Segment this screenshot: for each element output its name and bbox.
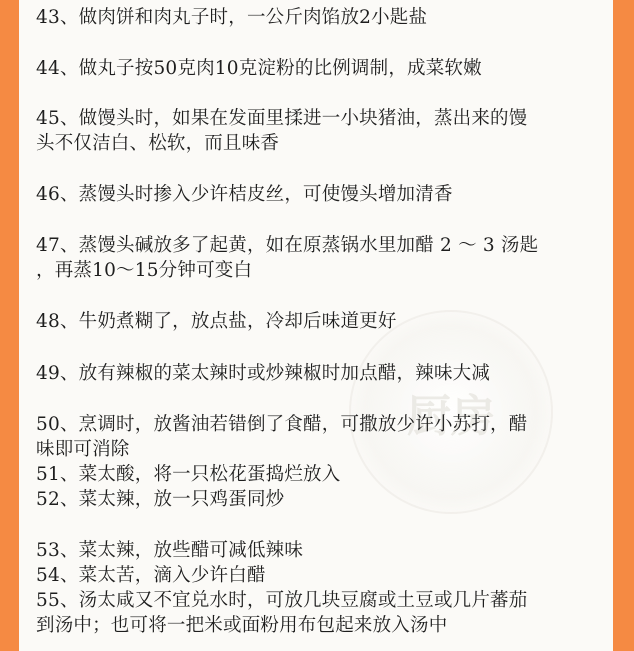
tip-54-line-1: 54、菜太苦，滴入少许白醋: [36, 563, 266, 588]
tip-53-line-1: 53、菜太辣，放些醋可减低辣味: [36, 538, 303, 563]
tip-50-line-1: 50、烹调时，放酱油若错倒了食醋，可撒放少许小苏打，醋: [36, 412, 527, 437]
right-orange-border: [613, 0, 634, 651]
tip-55-line-2: 到汤中；也可将一把米或面粉用布包起来放入汤中: [36, 613, 447, 638]
tip-47-line-1: 47、蒸馒头碱放多了起黄，如在原蒸锅水里加醋 2 ～ 3 汤匙: [36, 233, 538, 258]
tip-50-line-2: 味即可消除: [36, 437, 130, 462]
tip-43-line-1: 43、做肉饼和肉丸子时，一公斤肉馅放2小匙盐: [36, 5, 427, 30]
tip-51-line-1: 51、菜太酸，将一只松花蛋捣烂放入: [36, 462, 340, 487]
tip-44-line-1: 44、做丸子按50克肉10克淀粉的比例调制，成菜软嫩: [36, 56, 482, 81]
tip-45-line-2: 头不仅洁白、松软，而且味香: [36, 131, 279, 156]
tip-55-line-1: 55、汤太咸又不宜兑水时，可放几块豆腐或土豆或几片蕃茄: [36, 588, 527, 613]
tips-panel: 厨房 43、做肉饼和肉丸子时，一公斤肉馅放2小匙盐 44、做丸子按50克肉10克…: [19, 0, 613, 651]
page-frame: 厨房 43、做肉饼和肉丸子时，一公斤肉馅放2小匙盐 44、做丸子按50克肉10克…: [0, 0, 634, 651]
tip-48-line-1: 48、牛奶煮糊了，放点盐，冷却后味道更好: [36, 309, 397, 334]
tip-47-line-2: ，再蒸10～15分钟可变白: [36, 258, 252, 283]
tip-46-line-1: 46、蒸馒头时掺入少许桔皮丝，可使馒头增加清香: [36, 182, 453, 207]
tip-52-line-1: 52、菜太辣，放一只鸡蛋同炒: [36, 487, 284, 512]
tip-49-line-1: 49、放有辣椒的菜太辣时或炒辣椒时加点醋，辣味大减: [36, 361, 490, 386]
tip-45-line-1: 45、做馒头时，如果在发面里揉进一小块猪油，蒸出来的馒: [36, 106, 527, 131]
left-orange-border: [0, 0, 19, 651]
